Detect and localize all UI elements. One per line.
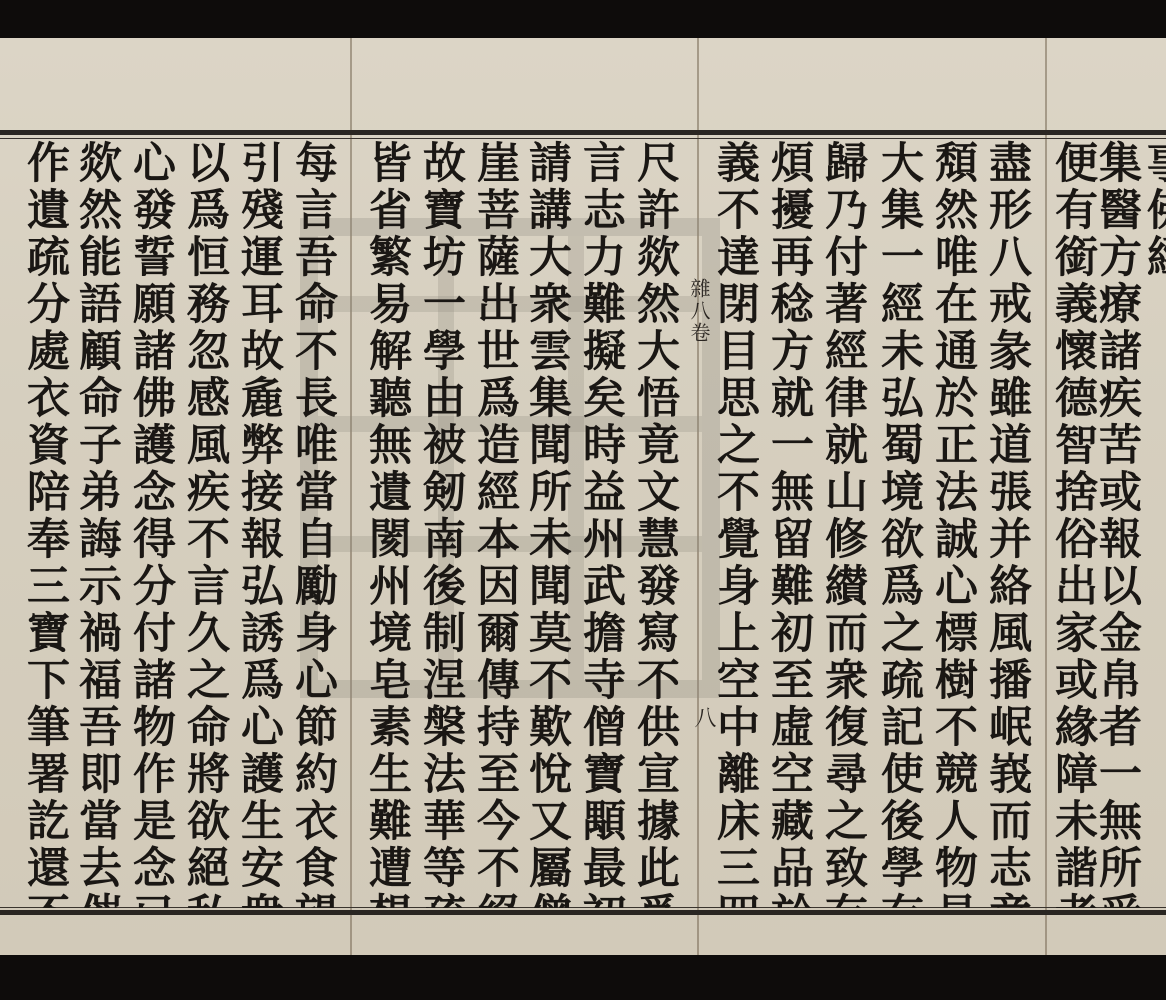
text-column: 歸乃付著經律就山修纉而衆復尋之致有: [818, 140, 868, 908]
text-column: 大集一經未弘蜀境欲爲之疏記使後學有: [874, 140, 924, 908]
page-fold-line: [1045, 38, 1047, 955]
text-column: 故寶坊一學由被剱南後制涅槃法華等疏: [416, 140, 466, 908]
text-column: 以爲恒務忽感風疾不言久之命將欲絕私: [180, 140, 230, 908]
text-column: 作遺疏分處衣資陪奉三寶下筆署訖還不: [20, 140, 70, 908]
text-column: 心發誓願諸佛護念得分付諸物作是念已: [126, 140, 176, 908]
text-column: 盡形八戒彖雖道張并絡風播岷峩而志意: [982, 140, 1032, 908]
text-column: 請講大衆雲集聞所未聞莫不歎悅又屬僧: [522, 140, 572, 908]
text-column: 事佛經: [1140, 140, 1166, 908]
text-column: 皆省繁易解聽無遺閡州境皂素生難遭想: [362, 140, 412, 908]
text-column: 便有銜義懷德智捨俗出家或緣障未諧者: [1048, 140, 1098, 908]
text-column: 尺許欻然大悟竟文慧發寫不供宣據此爲: [630, 140, 680, 908]
top-border-thick: [0, 130, 1166, 135]
paper-sheet: 雜八卷 八 事佛經 集醫方療諸疾苦或報以金帛者一無所受 便有銜義懷德智捨俗出家或…: [0, 38, 1166, 955]
text-column: 崖菩薩出世爲造經本因爾傳持至今不絕: [470, 140, 520, 908]
text-column: 義不達閉目思之不覺身上空中離床三四: [710, 140, 760, 908]
text-column: 頽然唯在通於正法誠心標樹不競人物見: [928, 140, 978, 908]
text-column: 言志力難擬矣時益州武擔寺僧寶顒最初: [576, 140, 626, 908]
bottom-border-thick: [0, 910, 1166, 915]
text-column: 欻然能語顧命子弟誨示禍福吾即當去催: [72, 140, 122, 908]
top-border-thin: [0, 138, 1166, 139]
text-column: 引殘運耳故麁弊接報弘誘爲心護生安衆: [234, 140, 284, 908]
text-column: 每言吾命不長唯當自勵身心節約衣食望: [288, 140, 338, 908]
scanned-page: 雜八卷 八 事佛經 集醫方療諸疾苦或報以金帛者一無所受 便有銜義懷德智捨俗出家或…: [0, 0, 1166, 1000]
text-column: 煩擾再稔方就一無留難初至虛空藏品於: [764, 140, 814, 908]
text-column: 集醫方療諸疾苦或報以金帛者一無所受: [1092, 140, 1142, 908]
